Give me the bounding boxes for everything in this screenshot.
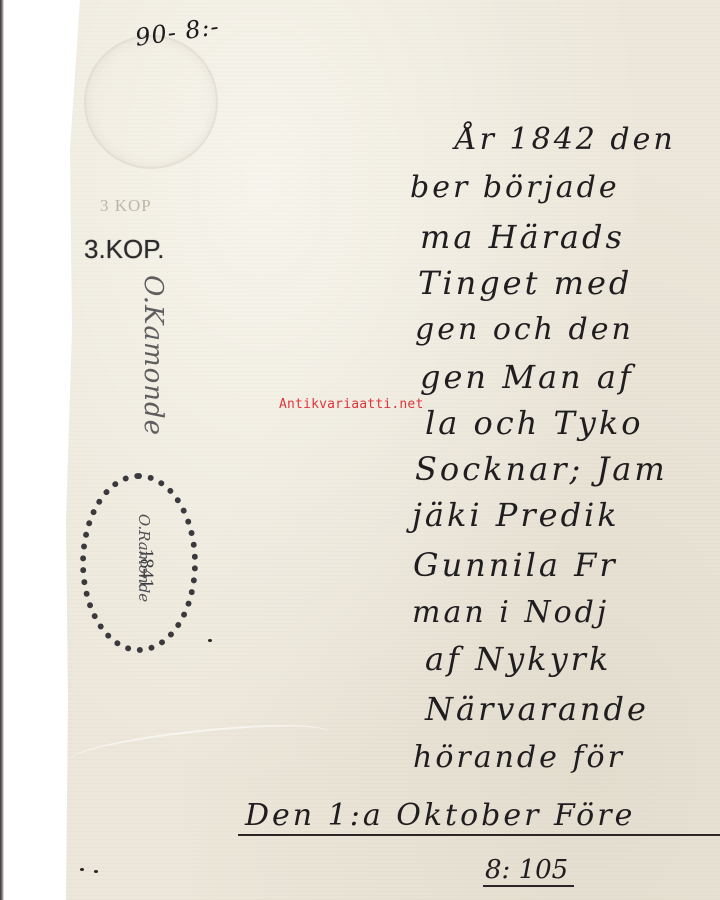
- stamp-3-kop-faint: 3 KOP: [100, 196, 152, 216]
- date-line-text: Den 1:a Oktober Före: [245, 798, 635, 833]
- vertical-signature-stamp: O.Kamonde: [138, 275, 168, 445]
- ink-spot: [94, 870, 98, 873]
- embossed-seal-icon: [84, 35, 218, 169]
- scanned-document-page: 90- 8:- 3 KOP 3.KOP. O.Kamonde 1841 O.Ra…: [0, 0, 720, 900]
- oval-stamp-signature: O.Ramonde: [135, 498, 153, 618]
- oval-stamp-icon: 1841 O.Ramonde: [80, 473, 198, 653]
- body-line-1: År 1842 den: [455, 122, 676, 157]
- stamp-3-kop: 3.KOP.: [84, 234, 164, 265]
- body-line-11: man i Nodj: [412, 595, 609, 630]
- scan-edge-shadow: [0, 0, 4, 900]
- body-line-2: ber började: [410, 170, 620, 205]
- body-line-5: gen och den: [415, 312, 634, 347]
- body-line-4: Tinget med: [418, 264, 632, 302]
- ink-spot: [208, 639, 212, 642]
- folio-number: 8: 105: [483, 855, 574, 887]
- body-line-13: Närvarande: [425, 690, 649, 728]
- body-line-7: la och Tyko: [425, 404, 644, 442]
- body-line-10: Gunnila Fr: [413, 546, 618, 584]
- watermark-text: Antikvariaatti.net: [279, 397, 423, 412]
- body-line-6: gen Man af: [420, 358, 634, 396]
- body-line-14: hörande för: [413, 740, 625, 775]
- body-line-8: Socknar; Jam: [415, 450, 668, 488]
- body-line-9: jäki Predik: [412, 496, 620, 534]
- body-line-12: af Nykyrk: [425, 640, 611, 678]
- ink-spot: [80, 868, 84, 871]
- body-line-3: ma Härads: [420, 218, 625, 256]
